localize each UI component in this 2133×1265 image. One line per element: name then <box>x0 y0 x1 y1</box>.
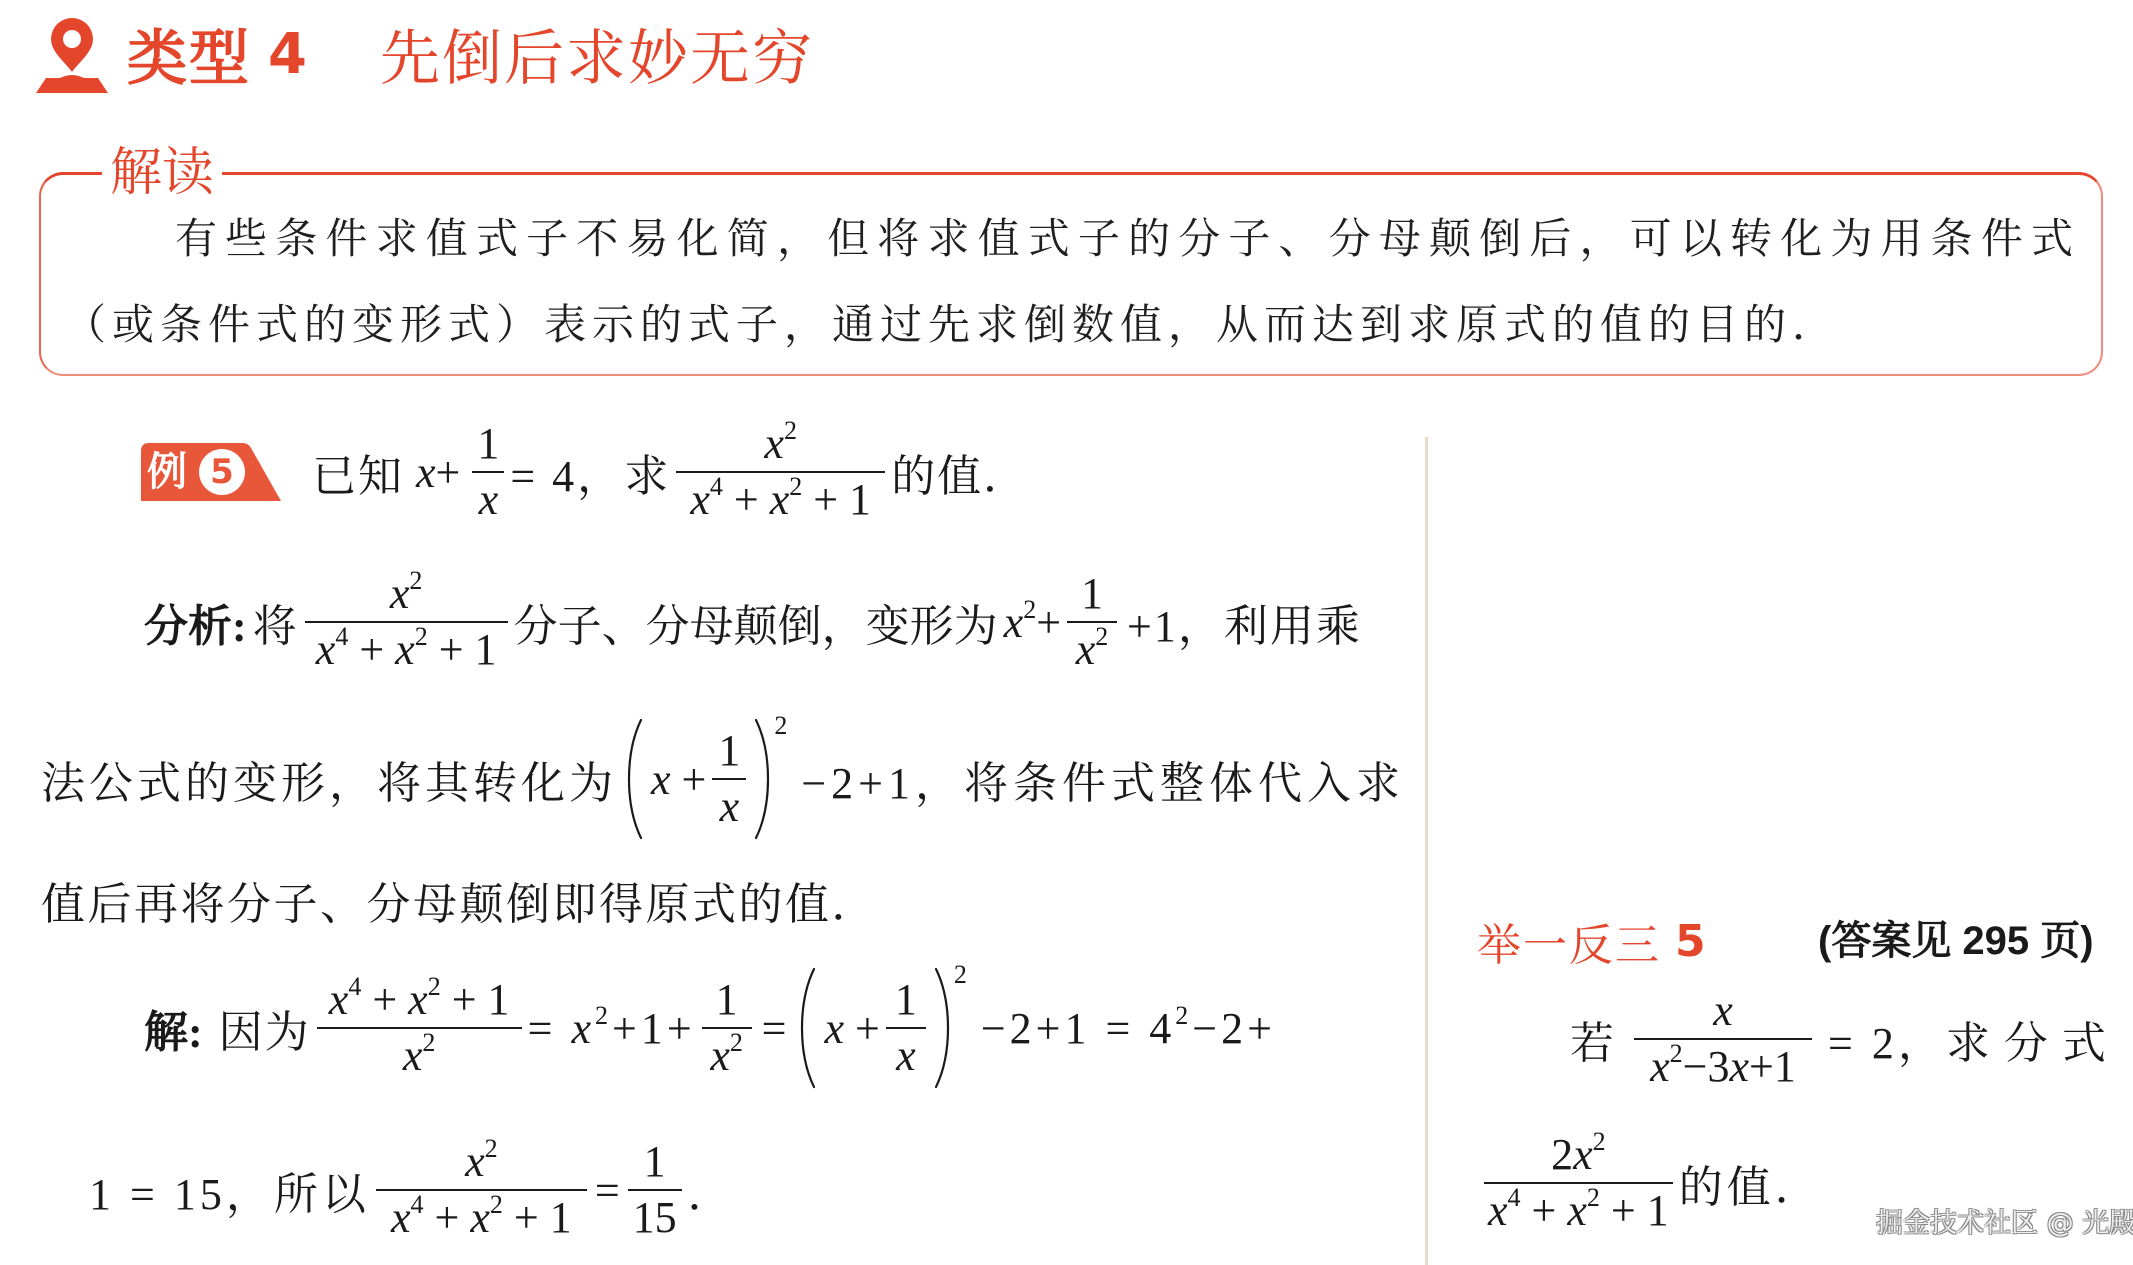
parenthesized-expression: x + 1 x 2 <box>796 966 966 1090</box>
fraction-denominator: x2 <box>399 1029 440 1083</box>
analysis-text: 将 <box>253 590 299 654</box>
math-expression: = <box>595 1165 620 1216</box>
math-expression: x + <box>651 754 706 805</box>
practice-number: 5 <box>1675 916 1706 967</box>
type-label: 类型 <box>127 11 251 97</box>
left-paren-icon <box>796 966 818 1090</box>
watermark: 掘金技术社区 @ 光殿 <box>1876 1205 2133 1243</box>
fraction-numerator: 1 <box>714 724 744 778</box>
right-paren-icon <box>752 717 774 841</box>
fraction-numerator: x <box>1709 984 1737 1038</box>
practice-line-1: 若 x x2−3x+1 = 2， 求分式 <box>1570 969 2120 1109</box>
math-expression: x + <box>824 1003 879 1054</box>
fraction-denominator: x <box>475 473 503 527</box>
fraction: 1 x <box>886 973 926 1083</box>
problem-text: 的值． <box>891 440 1029 504</box>
fraction-numerator: x2 <box>386 567 427 621</box>
fraction: x2 x4 + x2 + 1 <box>676 417 885 527</box>
parenthesized-expression: x + 1 x 2 <box>623 717 787 841</box>
badge-prefix: 例 <box>147 447 187 497</box>
fraction-denominator: x4 + x2 + 1 <box>686 473 875 527</box>
analysis-line-1: 分析: 将 x2 x4 + x2 + 1 分子、分母颠倒，变形为 x2+ 1 x… <box>144 552 1362 692</box>
practice-line-2: 2x2 x4 + x2 + 1 的值． <box>1478 1113 1823 1253</box>
fraction-denominator: 15 <box>629 1191 681 1245</box>
column-divider <box>1425 437 1428 1265</box>
analysis-line-3: 值后再将分子、分母颠倒即得原式的值． <box>41 830 878 970</box>
fraction-denominator: x4 + x2 + 1 <box>312 623 501 677</box>
fraction-numerator: x2 <box>461 1135 502 1189</box>
fraction-numerator: x4 + x2 + 1 <box>325 973 514 1027</box>
math-expression: x2+ <box>1004 597 1061 648</box>
interpretation-line-2: （或条件式的变形式）表示的式子，通过先求倒数值，从而达到求原式的值的目的． <box>64 299 1840 351</box>
fraction-numerator: 2x2 <box>1547 1128 1610 1182</box>
math-expression: −2+1 = 42−2+ <box>981 1003 1276 1054</box>
practice-text: 求分式 <box>1946 1007 2120 1071</box>
solution-line-1: 解: 因为 x4 + x2 + 1 x2 = x2+1+ 1 x2 = x + … <box>144 958 1276 1098</box>
practice-text: 的值． <box>1679 1151 1823 1215</box>
practice-label: 举一反三 <box>1477 909 1661 973</box>
fraction: x2 x4 + x2 + 1 <box>305 567 508 677</box>
math-expression: x+ <box>416 447 460 498</box>
fraction: 2x2 x4 + x2 + 1 <box>1484 1128 1673 1238</box>
section-header: 类型 4 先倒后求妙无穷 <box>36 14 814 94</box>
fraction-denominator: x <box>716 780 744 834</box>
fraction: 1 x2 <box>1067 567 1117 677</box>
fraction-numerator: 1 <box>891 973 921 1027</box>
solution-text: 因为 <box>219 996 311 1060</box>
left-paren-icon <box>623 717 645 841</box>
analysis-text: 值后再将分子、分母颠倒即得原式的值． <box>41 868 878 932</box>
exponent: 2 <box>774 713 787 739</box>
section-title: 先倒后求妙无穷 <box>380 11 814 97</box>
fraction-numerator: 1 <box>473 417 503 471</box>
math-expression: 1 = 15，所以 <box>89 1158 370 1222</box>
solution-label: 解: <box>144 996 203 1060</box>
analysis-text: −2+1，将条件式整体代入求 <box>801 747 1405 811</box>
fraction-numerator: 1 <box>712 973 742 1027</box>
fraction-denominator: x2 <box>1072 623 1113 677</box>
analysis-text: +1，利用乘 <box>1127 590 1362 654</box>
math-expression: ． <box>688 1158 732 1222</box>
fraction-denominator: x4 + x2 + 1 <box>1484 1184 1673 1238</box>
fraction: 1 x <box>472 417 504 527</box>
analysis-text: 分子、分母颠倒，变形为 <box>514 590 998 654</box>
exponent: 2 <box>954 962 967 988</box>
fraction-denominator: x2 <box>706 1029 747 1083</box>
fraction-numerator: 1 <box>1077 567 1107 621</box>
fraction: x2 x4 + x2 + 1 <box>376 1135 587 1245</box>
fraction: x4 + x2 + 1 x2 <box>317 973 522 1083</box>
math-expression: = x2+1+ <box>528 1003 696 1054</box>
analysis-line-2: 法公式的变形，将其转化为 x + 1 x 2 −2+1，将条件式整体代入求 <box>41 709 1405 849</box>
fraction: 1 x <box>712 724 746 834</box>
fraction-denominator: x <box>892 1029 920 1083</box>
right-paren-icon <box>932 966 954 1090</box>
problem-text: 求 <box>624 440 670 504</box>
practice-text: 若 <box>1570 1007 1616 1071</box>
practice-title: 举一反三 5 <box>1477 912 1706 970</box>
example-badge: 例 5 <box>141 443 281 501</box>
answer-reference: (答案见 295 页) <box>1818 914 2094 968</box>
badge-circled-number: 5 <box>199 449 245 495</box>
fraction: 1 x2 <box>702 973 752 1083</box>
interpretation-line-1: 有些条件求值式子不易化简，但将求值式子的分子、分母颠倒后，可以转化为用条件式 <box>175 213 2073 265</box>
analysis-text: 法公式的变形，将其转化为 <box>41 747 617 811</box>
type-number: 4 <box>268 22 307 87</box>
fraction-numerator: 1 <box>640 1135 670 1189</box>
fraction-numerator: x2 <box>760 417 801 471</box>
problem-text: 已知 <box>312 440 404 504</box>
fraction-denominator: x2−3x+1 <box>1646 1040 1800 1094</box>
solution-line-2: 1 = 15，所以 x2 x4 + x2 + 1 = 1 15 ． <box>89 1120 732 1260</box>
fraction: 1 15 <box>628 1135 682 1245</box>
fraction: x x2−3x+1 <box>1634 984 1812 1094</box>
math-expression: = 2， <box>1828 1007 1946 1071</box>
analysis-label: 分析: <box>144 590 247 654</box>
math-expression: = <box>762 1003 787 1054</box>
math-expression: = 4， <box>510 440 624 504</box>
fraction-denominator: x4 + x2 + 1 <box>387 1191 576 1245</box>
example-problem: 例 5 已知 x+ 1 x = 4， 求 x2 x4 + x2 + 1 的值． <box>141 402 1029 542</box>
map-pin-icon <box>36 15 108 93</box>
interpretation-label: 解读 <box>102 144 222 202</box>
